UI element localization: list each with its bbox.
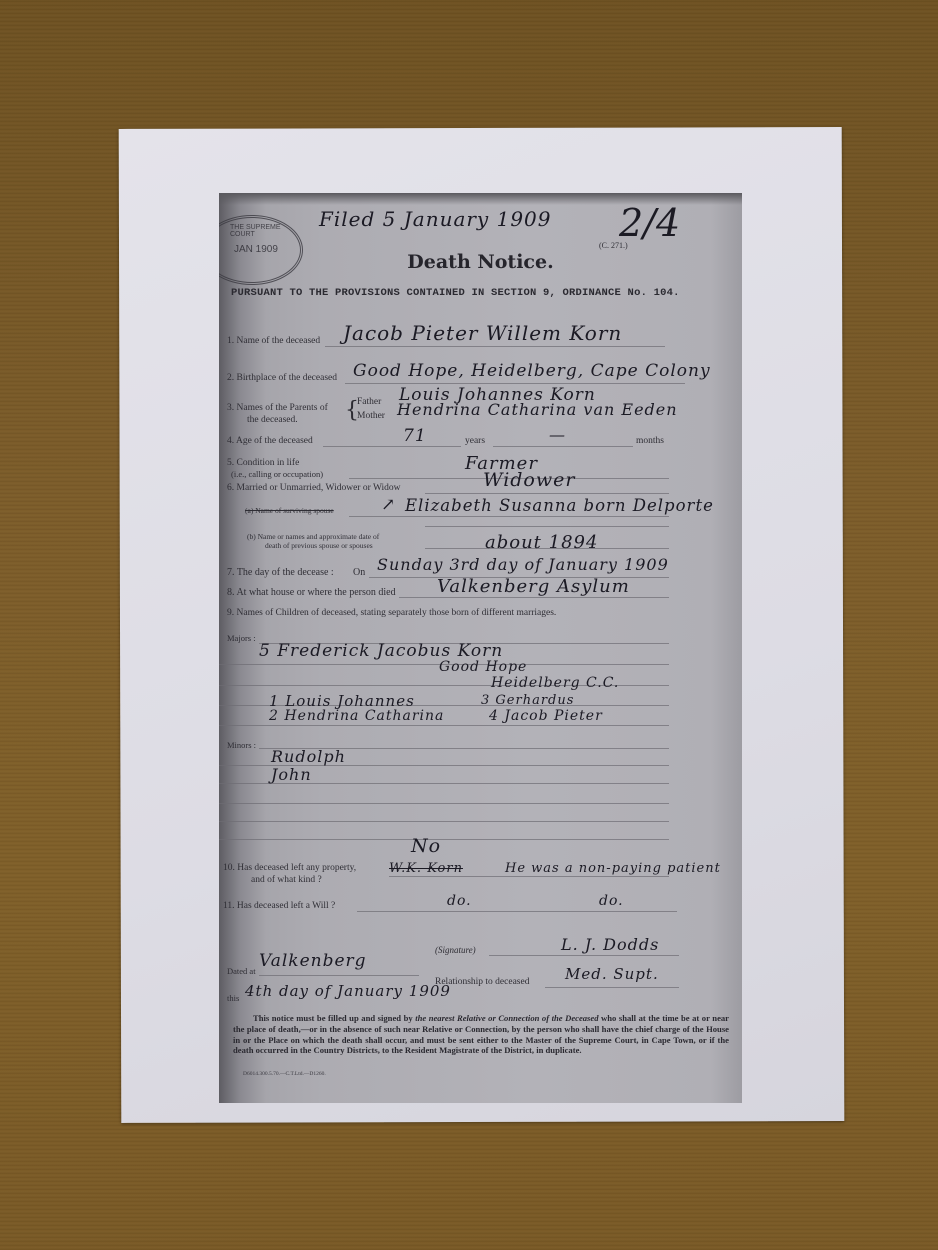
months-label: months [636,436,664,446]
place-value: Valkenberg Asylum [437,576,630,597]
child-major: 2 Hendrina Catharina [269,708,444,724]
on-label: On [353,567,365,578]
previous-spouse-label-2: death of previous spouse or spouses [265,541,373,550]
instructions-note: This notice must be filled up and signed… [233,1013,729,1056]
form-reference: (C. 271.) [599,241,628,250]
child-minor: John [271,765,312,784]
field-line [219,821,669,822]
field-line [425,493,669,494]
mother-value: Hendrina Catharina van Eeden [397,400,678,419]
surviving-spouse-value: Elizabeth Susanna born Delporte [405,496,714,515]
date-value: 4th day of January 1909 [245,982,451,1000]
children-label: 9. Names of Children of deceased, statin… [227,608,556,618]
surviving-spouse-label: (a) Name of surviving spouse [245,506,334,515]
age-months-value: — [549,425,566,444]
field-line [219,725,669,726]
arrow-icon: ↗ [381,495,397,515]
condition-label-2: (i.e., calling or occupation) [231,469,323,479]
field-line [345,383,685,384]
will-value: do. [599,893,624,909]
field-line [489,955,679,956]
age-label: 4. Age of the deceased [227,436,313,446]
field-line [325,346,665,347]
ordinance-subtitle: PURSUANT TO THE PROVISIONS CONTAINED IN … [231,287,680,299]
death-notice-scan: Filed 5 January 1909 2/4 (C. 271.) THE S… [219,193,742,1103]
birthplace-label: 2. Birthplace of the deceased [227,373,337,383]
parents-label-2: the deceased. [247,415,298,425]
signature-label: (Signature) [435,945,476,955]
previous-spouse-value: about 1894 [485,532,598,553]
minors-label: Minors : [227,740,256,750]
name-label: 1. Name of the deceased [227,336,320,346]
field-line [399,597,669,598]
file-number: 2/4 [619,201,680,245]
field-line [545,987,679,988]
page-title: Death Notice. [219,251,742,273]
will-label: 11. Has deceased left a Will ? [223,901,335,911]
child-major: 4 Jacob Pieter [489,708,603,724]
property-struck-value: W.K. Korn [389,861,463,876]
field-line [219,839,669,840]
field-line [259,975,419,976]
child-major: 3 Gerhardus [481,693,574,708]
marital-label: 6. Married or Unmarried, Widower or Wido… [227,483,401,493]
field-line [425,526,669,527]
name-value: Jacob Pieter Willem Korn [343,321,622,345]
note-italic-text: the nearest Relative or Connection of th… [415,1013,598,1023]
majors-label: Majors : [227,633,256,643]
dated-label: Dated at [227,966,256,976]
child-major: 5 Frederick Jacobus Korn [259,641,503,661]
property-value: He was a non-paying patient [505,861,721,876]
filed-note: Filed 5 January 1909 [319,207,552,231]
parents-label: 3. Names of the Parents of [227,403,328,413]
field-line [389,876,669,877]
court-stamp: THE SUPREME COURT JAN 1909 [219,215,303,285]
mother-label: Mother [357,411,385,421]
note-text: This notice must be filled up and signed… [253,1013,415,1023]
birthplace-value: Good Hope, Heidelberg, Cape Colony [353,361,711,381]
relationship-value: Med. Supt. [565,965,659,983]
field-line [493,446,633,447]
signature-value: L. J. Dodds [561,935,659,954]
will-value: do. [447,893,472,909]
day-value: Sunday 3rd day of January 1909 [377,555,669,574]
previous-spouse-label: (b) Name or names and approximate date o… [247,532,379,541]
age-years-value: 71 [403,426,427,446]
dated-place-value: Valkenberg [259,951,367,971]
field-line [219,803,669,804]
father-label: Father [357,397,381,407]
marital-value: Widower [483,469,575,491]
print-code: D6014.300.5.70.—C.T.Ltd.—D1260. [243,1071,326,1077]
condition-label: 5. Condition in life [227,458,299,468]
property-label-2: and of what kind ? [251,875,322,885]
field-line [323,446,461,447]
stamp-text: THE SUPREME COURT [230,224,300,238]
this-label: this [227,993,239,1003]
field-line [357,911,677,912]
property-value-above: No [411,835,441,857]
place-label: 8. At what house or where the person die… [227,587,396,598]
child-minor: Rudolph [271,747,346,766]
years-label: years [465,436,485,446]
property-label: 10. Has deceased left any property, [223,863,356,873]
child-major: Heidelberg C.C. [491,675,619,691]
child-major: Good Hope [439,659,527,675]
field-line [349,516,669,517]
day-label: 7. The day of the decease : [227,567,334,578]
